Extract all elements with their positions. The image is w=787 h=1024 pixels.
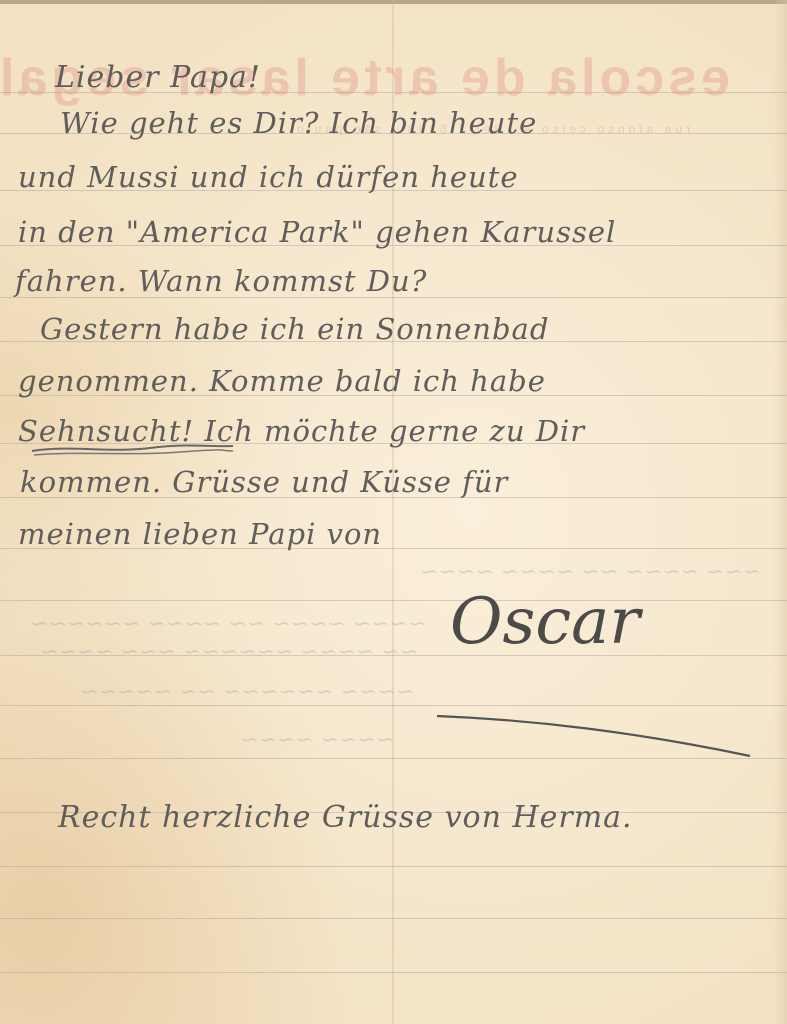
bleed-through-text: ~~~~ ~~~~~~ ~~ ~~~~~ xyxy=(80,680,414,705)
letter-line-1: Wie geht es Dir? Ich bin heute xyxy=(60,106,537,140)
letter-line-8: kommen. Grüsse und Küsse für xyxy=(20,465,508,499)
ruled-line xyxy=(0,705,787,706)
bleed-through-text: ~~ ~~~~ ~~~~~~ ~~~ ~~~~ xyxy=(40,640,418,665)
letter-line-5: Gestern habe ich ein Sonnenbad xyxy=(40,312,549,346)
letter-line-9: meinen lieben Papi von xyxy=(18,517,382,551)
salutation: Lieber Papa! xyxy=(55,60,261,95)
paper-fold-crease xyxy=(392,0,394,1024)
ruled-line xyxy=(0,600,787,601)
ruled-line xyxy=(0,866,787,867)
letter-page: escola de arte lasar segall rua afonso c… xyxy=(0,0,787,1024)
signature-underline xyxy=(435,712,755,762)
letter-line-3: in den "America Park" gehen Karussel xyxy=(18,215,616,249)
letter-line-6: genommen. Komme bald ich habe xyxy=(18,364,546,398)
wavy-underline xyxy=(30,443,235,457)
postscript: Recht herzliche Grüsse von Herma. xyxy=(58,800,633,835)
ruled-line xyxy=(0,972,787,973)
letter-line-4: fahren. Wann kommst Du? xyxy=(15,264,427,298)
bleed-through-text: ~~~ ~~~~ ~~ ~~~~ ~~~~ xyxy=(420,560,761,585)
bleed-through-text: ~~~~ ~~~~ xyxy=(240,728,394,753)
signature: Oscar xyxy=(450,585,640,659)
paper-right-edge xyxy=(773,0,787,1024)
bleed-through-text: ~~~~ ~~~~ ~~ ~~~~ ~~~~~~ xyxy=(30,612,427,637)
letter-line-2: und Mussi und ich dürfen heute xyxy=(18,160,519,194)
ruled-line xyxy=(0,918,787,919)
